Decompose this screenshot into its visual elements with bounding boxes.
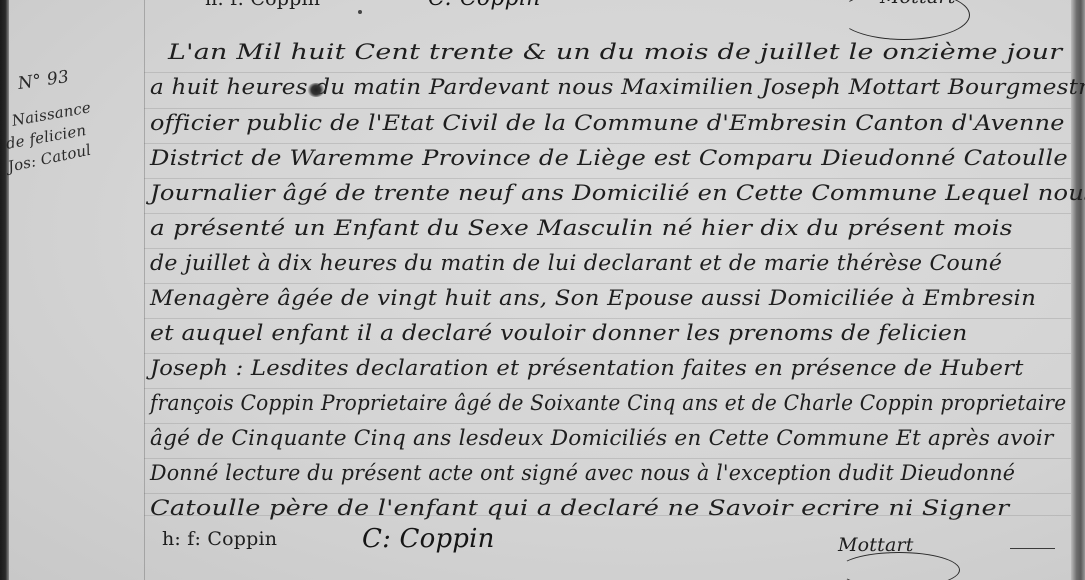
ruled-line [144,458,1071,459]
ruled-line [144,248,1071,249]
register-page-scan: h: f: Coppin C: Coppin Mottart N° 93 Nai… [0,0,1085,580]
ruled-line [144,108,1071,109]
ruled-line [144,143,1071,144]
ruled-line [144,423,1071,424]
body-line-2: a huit heures du matin Pardevant nous Ma… [150,75,1085,99]
body-line-13: Donné lecture du présent acte ont signé … [150,461,1015,485]
signature-underline [1010,548,1055,549]
ruled-line [144,213,1071,214]
body-line-5: Journalier âgé de trente neuf ans Domici… [150,181,1085,205]
witness-signature-2: C: Coppin [362,524,495,554]
ruled-line [144,72,1071,73]
ruled-line [144,493,1071,494]
entry-number: N° 93 [17,67,71,94]
body-line-12: âgé de Cinquante Cinq ans lesdeux Domici… [150,426,1054,450]
page-binding-shadow [0,0,9,580]
body-line-9: et auquel enfant il a declaré vouloir do… [150,321,968,345]
body-line-4: District de Waremme Province de Liège es… [150,146,1068,170]
signature-flourish [838,552,960,580]
body-line-14: Catoulle père de l'enfant qui a declaré … [150,496,1009,520]
signature-flourish [838,0,970,40]
body-line-7: de juillet à dix heures du matin de lui … [150,251,1002,275]
body-line-1: L'an Mil huit Cent trente & un du mois d… [168,40,1062,64]
prev-signature-1: h: f: Coppin [205,0,320,10]
ruled-line [144,353,1071,354]
ruled-line [144,388,1071,389]
ruled-line [144,318,1071,319]
ink-speck [358,10,362,14]
body-line-3: officier public de l'Etat Civil de la Co… [150,111,1065,135]
body-line-6: a présenté un Enfant du Sexe Masculin né… [150,216,1013,240]
witness-signature-1: h: f: Coppin [162,528,277,550]
ruled-line [144,283,1071,284]
body-line-8: Menagère âgée de vingt huit ans, Son Epo… [150,286,1036,310]
body-line-10: Joseph : Lesdites declaration et présent… [150,356,1024,380]
body-line-11: françois Coppin Proprietaire âgé de Soix… [150,391,1066,415]
ink-blot [307,83,325,97]
ruled-line [144,178,1071,179]
prev-signature-2: C: Coppin [428,0,541,11]
